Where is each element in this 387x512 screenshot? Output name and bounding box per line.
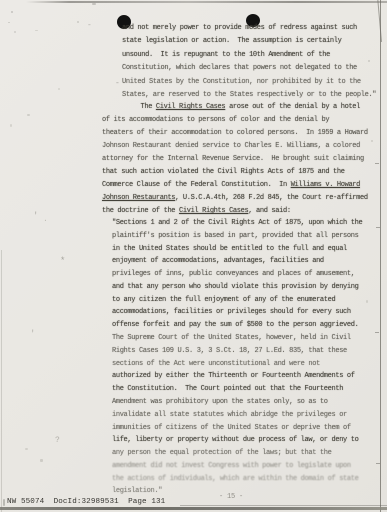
text-line: Johnson Restaurant denied service to Cha… — [102, 140, 368, 153]
noise-speck — [77, 21, 79, 23]
text-segment: unsound. It is repugnant to the 10th Ame… — [122, 51, 330, 59]
text-segment: the actions of individuals, which are wi… — [112, 475, 358, 483]
margin-mark: * — [60, 256, 65, 266]
text-segment: authorized by either the Thirteenth or F… — [112, 372, 355, 380]
noise-speck — [3, 499, 5, 506]
text-segment: , and said: — [248, 207, 290, 215]
text-segment: theaters of their accommodation to color… — [102, 129, 368, 137]
text-line: The Civil Rights Cases arose out of the … — [102, 101, 368, 114]
edge-tick-mark — [376, 463, 380, 464]
edge-tick-mark — [375, 332, 379, 333]
text-segment: sections of the Act were unconstitutiona… — [112, 360, 320, 368]
text-segment: Constitution, which declares that powers… — [122, 64, 357, 72]
margin-mark: ' — [33, 211, 38, 221]
text-segment: to any citizen the full enjoyment of any… — [112, 296, 335, 304]
text-segment: Commerce Clause of the Federal Constitut… — [102, 181, 291, 189]
text-segment: Rights Cases 109 U.S. 3, 3 S.Ct. 18, 27 … — [112, 347, 347, 355]
text-line: plaintiff's position is based in part, p… — [112, 230, 362, 243]
margin-mark: - — [87, 21, 92, 30]
text-segment: that such action violated the Civil Righ… — [102, 168, 345, 176]
margin-mark: - — [115, 79, 120, 88]
noise-speck — [27, 114, 30, 116]
text-segment: offense forfeit and pay the sum of $500 … — [112, 321, 358, 329]
text-segment: Johnson Restaurant denied service to Cha… — [102, 142, 360, 150]
text-line: the actions of individuals, which are wi… — [112, 473, 362, 486]
bottom-edge-scan-line — [0, 507, 387, 510]
noise-speck — [11, 11, 13, 13]
text-segment: legislation." — [112, 487, 162, 495]
text-line: "Sections 1 and 2 of the Civil Rights Ac… — [112, 217, 362, 230]
text-segment: of its accommodations to persons of colo… — [102, 116, 329, 124]
text-line: attorney for the Internal Revenue Servic… — [102, 153, 368, 166]
text-segment: Johnson Restaurants — [102, 194, 175, 202]
text-segment: Civil Rights Cases — [156, 103, 225, 111]
text-segment: arose out of the denial by a hotel — [225, 103, 360, 111]
text-line: unsound. It is repugnant to the 10th Ame… — [122, 49, 376, 62]
noise-speck — [25, 448, 28, 450]
text-line: the Constitution. The Court pointed out … — [112, 383, 362, 396]
text-segment: States, are reserved to the States respe… — [122, 91, 376, 99]
text-segment: "Sections 1 and 2 of the Civil Rights Ac… — [112, 219, 362, 227]
text-line: theaters of their accommodation to color… — [102, 127, 368, 140]
text-line: Johnson Restaurants, U.S.C.A.4th, 268 F.… — [102, 192, 368, 205]
text-line: authorized by either the Thirteenth or F… — [112, 370, 362, 383]
text-segment: and that any person who should violate t… — [112, 283, 358, 291]
page-number: - 15 - — [219, 493, 243, 501]
text-segment: the doctrine of the — [102, 207, 179, 215]
noise-speck — [40, 459, 43, 462]
margin-mark: ? — [55, 436, 60, 445]
noise-speck — [8, 22, 10, 23]
noise-speck — [371, 140, 373, 142]
noise-speck — [366, 300, 368, 303]
text-segment: attorney for the Internal Revenue Servic… — [102, 155, 364, 163]
text-line: amendment did not invest Congress with p… — [112, 460, 362, 473]
text-line: accommodations, facilities or privileges… — [112, 306, 362, 319]
edge-tick-mark — [375, 163, 379, 164]
edge-tick-mark — [376, 227, 380, 228]
text-segment: Amendment was prohibitory upon the state… — [112, 398, 328, 406]
noise-speck — [35, 30, 38, 31]
text-line: The Supreme Court of the United States, … — [112, 332, 362, 345]
text-segment: United States by the Constitution, nor p… — [122, 78, 361, 86]
margin-mark: . — [43, 215, 48, 224]
text-line: offense forfeit and pay the sum of $500 … — [112, 319, 362, 332]
text-line: immunities of citizens of the United Sta… — [112, 422, 362, 435]
text-line: Commerce Clause of the Federal Constitut… — [102, 179, 368, 192]
text-line: of its accommodations to persons of colo… — [102, 114, 368, 127]
text-segment: , U.S.C.A.4th, 268 F.2d 845, the Court r… — [175, 194, 368, 202]
text-line: that such action violated the Civil Righ… — [102, 166, 368, 179]
text-line: any person the equal protection of the l… — [112, 447, 362, 460]
text-segment: and not merely power to provide modes of… — [122, 24, 357, 32]
text-line: and that any person who should violate t… — [112, 281, 362, 294]
text-line: sections of the Act were unconstitutiona… — [112, 358, 362, 371]
text-line: enjoyment of accommodations, advantages,… — [112, 255, 362, 268]
text-line: Rights Cases 109 U.S. 3, 3 S.Ct. 18, 27 … — [112, 345, 362, 358]
text-segment: The Supreme Court of the United States, … — [112, 334, 351, 342]
document-footer: NW 55074 DocId:32989531 Page 131 — [7, 498, 165, 506]
text-segment: amendment did not invest Congress with p… — [112, 462, 351, 470]
text-line: in the United States should be entitled … — [112, 243, 362, 256]
text-segment: The — [102, 103, 156, 111]
right-page-edge-line — [380, 0, 381, 512]
text-line: and not merely power to provide modes of… — [122, 22, 376, 35]
bottom-edge-scan-line — [180, 505, 387, 506]
text-segment: invalidate all state statutes which abri… — [112, 411, 347, 419]
text-line: Constitution, which declares that powers… — [122, 62, 376, 75]
text-segment: any person the equal protection of the l… — [112, 449, 332, 457]
noise-speck — [58, 88, 60, 90]
left-page-edge-line — [1, 250, 2, 512]
text-segment: in the United States should be entitled … — [112, 245, 347, 253]
text-line: invalidate all state statutes which abri… — [112, 409, 362, 422]
text-line: privileges of inns, public conveyances a… — [112, 268, 362, 281]
scanned-document-page: and not merely power to provide modes of… — [0, 0, 387, 512]
text-segment: the Constitution. The Court pointed out … — [112, 385, 343, 393]
noise-speck — [14, 31, 16, 33]
margin-mark: ' — [30, 329, 35, 339]
noise-speck — [368, 60, 370, 62]
noise-speck — [10, 124, 12, 127]
text-line: to any citizen the full enjoyment of any… — [112, 294, 362, 307]
text-segment: enjoyment of accommodations, advantages,… — [112, 257, 324, 265]
noise-speck — [92, 3, 96, 5]
text-segment: state legislation or action. The assumpt… — [122, 37, 342, 45]
top-edge-scan-line — [26, 1, 387, 3]
text-segment: Civil Rights Cases — [179, 207, 248, 215]
body-paragraph: The Civil Rights Cases arose out of the … — [102, 101, 368, 218]
text-segment: immunities of citizens of the United Sta… — [112, 424, 351, 432]
continued-quote-block: and not merely power to provide modes of… — [122, 22, 376, 102]
text-segment: life, liberty or property without due pr… — [112, 436, 358, 444]
text-segment: Williams v. Howard — [291, 181, 360, 189]
text-segment: accommodations, facilities or privileges… — [112, 308, 351, 316]
text-line: United States by the Constitution, nor p… — [122, 76, 376, 89]
text-line: life, liberty or property without due pr… — [112, 434, 362, 447]
text-line: Amendment was prohibitory upon the state… — [112, 396, 362, 409]
text-segment: privileges of inns, public conveyances a… — [112, 270, 355, 278]
text-segment: plaintiff's position is based in part, p… — [112, 232, 358, 240]
indented-quote-block: "Sections 1 and 2 of the Civil Rights Ac… — [112, 217, 362, 498]
text-line: state legislation or action. The assumpt… — [122, 35, 376, 48]
